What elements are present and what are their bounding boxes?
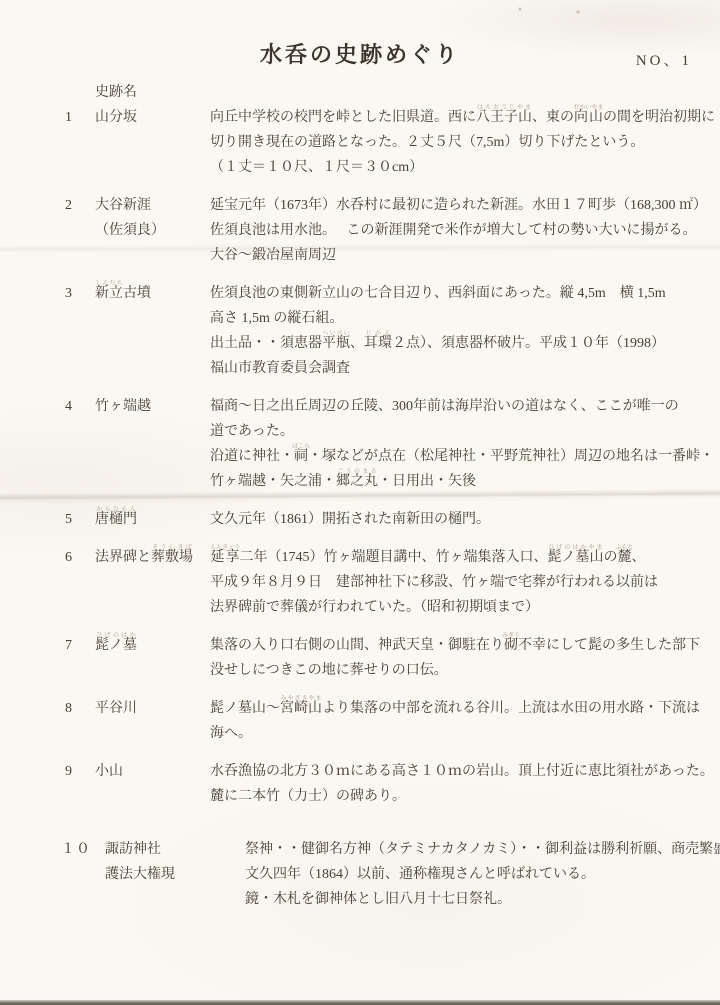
item-name: 法界碑と葬敷場そうしきば — [95, 545, 210, 570]
site-item: 1 山分坂 向丘中学校の校門を峠とした旧県道。西に八王子山はちおうじやま、東の向… — [65, 105, 720, 180]
description-line: （１丈＝１０尺、１尺＝３０cm） — [210, 155, 720, 180]
description-line: 髭ノ墓山～宮崎山みやざきやまより集落の中部を流れる谷川。上流は水田の用水路・下流… — [210, 696, 720, 721]
page-title: 水呑の史跡めぐり — [0, 40, 720, 70]
furigana-reading: ひげのはか — [95, 633, 137, 639]
description-line: 法界碑前で葬儀が行われていた。（昭和初期頃まで） — [210, 595, 720, 620]
site-item: 3 新立しんだち古墳 佐須良池の東側新立山の七合目辺り、西斜面にあった。縦 4,… — [65, 281, 720, 381]
item-name-column: 新立しんだち古墳 — [95, 281, 210, 306]
item-name: 山分坂 — [95, 105, 210, 130]
item-name-column: 髭ノ墓ひげのはか — [95, 633, 210, 658]
furigana-word: 祠ほこら — [294, 449, 308, 464]
site-item: 6 法界碑と葬敷場そうしきば 延享えんきょう二年（1745）竹ヶ端題目講中、竹ヶ… — [65, 545, 720, 620]
item-number: 8 — [65, 696, 95, 721]
description-line: 竹ヶ端越・矢之浦・郷之丸ごうのまる・日用出・矢後 — [210, 469, 720, 494]
item-number: 2 — [65, 193, 95, 218]
item-description: 延享えんきょう二年（1745）竹ヶ端題目講中、竹ヶ端集落入口、髭ノ墓山ひげのはか… — [210, 545, 720, 620]
description-line: 鏡・木札を御神体とし旧八月十七日祭礼。 — [245, 887, 720, 912]
furigana-word: 耳環じかん — [364, 336, 392, 351]
furigana-reading: みやざきやま — [280, 696, 322, 702]
description-line: 向丘中学校の校門を峠とした旧県道。西に八王子山はちおうじやま、東の向山むかいやま… — [210, 105, 720, 130]
document-header: 水呑の史跡めぐり NO、1 史跡名 — [0, 0, 720, 103]
site-item: 4 竹ヶ端越 福商～日之出丘周辺の丘陵、300年前は海岸沿いの道はなく、ここが唯… — [65, 394, 720, 494]
item-subname: 護法大権現 — [105, 862, 245, 887]
description-line: 福商～日之出丘周辺の丘陵、300年前は海岸沿いの道はなく、ここが唯一の — [210, 394, 720, 419]
item-name-column: 諏訪神社 護法大権現 — [105, 837, 245, 887]
item-description: 佐須良池の東側新立山の七合目辺り、西斜面にあった。縦 4,5m 横 1,5m高さ… — [210, 281, 720, 381]
description-line: 沿道に神社・祠ほこら・塚などが点在（松尾神社・平野荒神社）周辺の地名は一番峠・ — [210, 444, 720, 469]
item-name-column: 平谷川 — [95, 696, 210, 721]
description-line: 没せしにつきこの地に葬せりの口伝。 — [210, 658, 720, 683]
item-description: 水呑漁協の北方３０ｍにある高さ１０ｍの岩山。頂上付近に恵比須社があった。麓に二本… — [210, 759, 720, 809]
item-number: 7 — [65, 633, 95, 658]
item-number: 4 — [65, 394, 95, 419]
item-name: 竹ヶ端越 — [95, 394, 210, 419]
furigana-word: 唐樋門からひもん — [95, 512, 137, 527]
item-description: 文久元年（1861）開拓された南新田の樋門。 — [210, 507, 720, 532]
description-line: 切り開き現在の道路となった。２丈５尺（7,5m）切り下げたという。 — [210, 130, 720, 155]
description-line: 高さ 1,5m の縦石組。 — [210, 306, 720, 331]
site-list: 1 山分坂 向丘中学校の校門を峠とした旧県道。西に八王子山はちおうじやま、東の向… — [0, 105, 720, 912]
furigana-reading: からひもん — [95, 507, 137, 513]
item-subname: （佐須良） — [95, 218, 210, 243]
item-name: 平谷川 — [95, 696, 210, 721]
description-line: 文久四年（1864）以前、通称権現さんと呼ばれている。 — [245, 862, 720, 887]
item-description: 集落の入り口右側の山間、神武天皇・御駐在り砌みぎり不幸にして髭の多生した部下没せ… — [210, 633, 720, 683]
description-line: 文久元年（1861）開拓された南新田の樋門。 — [210, 507, 720, 532]
item-description: 祭神・・健御名方神（タテミナカタノカミ）・・御利益は勝利祈願、商売繁盛文久四年（… — [245, 837, 720, 912]
site-item: 9 小山 水呑漁協の北方３０ｍにある高さ１０ｍの岩山。頂上付近に恵比須社があった… — [65, 759, 720, 809]
item-number: １０ — [61, 837, 105, 862]
furigana-word: 八王子山はちおうじやま — [476, 110, 532, 125]
site-item: 7 髭ノ墓ひげのはか 集落の入り口右側の山間、神武天皇・御駐在り砌みぎり不幸にし… — [65, 633, 720, 683]
item-name: 小山 — [95, 759, 210, 784]
item-name-column: 法界碑と葬敷場そうしきば — [95, 545, 210, 570]
site-item: 8 平谷川 髭ノ墓山～宮崎山みやざきやまより集落の中部を流れる谷川。上流は水田の… — [65, 696, 720, 746]
description-line: 集落の入り口右側の山間、神武天皇・御駐在り砌みぎり不幸にして髭の多生した部下 — [210, 633, 720, 658]
page-number: NO、1 — [636, 49, 692, 70]
description-line: 佐須良池は用水池。 この新涯開発で米作が増大して村の勢い大いに揚がる。 — [210, 218, 720, 243]
description-line: 平成９年８月９日 建部神社下に移設、竹ヶ端で宅葬が行われる以前は — [210, 570, 720, 595]
furigana-reading: ふもと — [616, 545, 634, 551]
description-line: 延宝元年（1673年）水呑村に最初に造られた新涯。水田１７町歩（168,300 … — [210, 193, 720, 218]
scanned-document-page: 水呑の史跡めぐり NO、1 史跡名 1 山分坂 向丘中学校の校門を峠とした旧県道… — [0, 0, 720, 1005]
item-name-column: 小山 — [95, 759, 210, 784]
item-description: 福商～日之出丘周辺の丘陵、300年前は海岸沿いの道はなく、ここが唯一の道であった… — [210, 394, 720, 494]
furigana-word: 平瓶へいべい — [322, 336, 350, 351]
furigana-reading: しんだち — [95, 281, 123, 287]
furigana-reading: みぎり — [502, 633, 520, 639]
furigana-word: 延享えんきょう — [210, 550, 240, 565]
description-line: 水呑漁協の北方３０ｍにある高さ１０ｍの岩山。頂上付近に恵比須社があった。 — [210, 759, 720, 784]
item-number: 1 — [65, 105, 95, 130]
item-name: 新立しんだち古墳 — [95, 281, 210, 306]
description-line: 出土品・・須恵器平瓶へいべい、耳環じかん２点）、須恵器杯破片。平成１０年（199… — [210, 331, 720, 356]
furigana-word: 髭ノ墓山ひげのはかやま — [548, 550, 604, 565]
description-line: 大谷～鍛冶屋南周辺 — [210, 243, 720, 268]
column-header-site-name: 史跡名 — [95, 83, 720, 103]
site-item: 5 唐樋門からひもん 文久元年（1861）開拓された南新田の樋門。 — [65, 507, 720, 532]
furigana-reading: むかいやま — [574, 105, 604, 111]
furigana-word: 髭ノ墓ひげのはか — [95, 638, 137, 653]
description-line: 延享えんきょう二年（1745）竹ヶ端題目講中、竹ヶ端集落入口、髭ノ墓山ひげのはか… — [210, 545, 720, 570]
furigana-word: 郷之丸ごうのまる — [336, 474, 378, 489]
item-name: 諏訪神社 — [105, 837, 245, 862]
description-line: 佐須良池の東側新立山の七合目辺り、西斜面にあった。縦 4,5m 横 1,5m — [210, 281, 720, 306]
item-description: 向丘中学校の校門を峠とした旧県道。西に八王子山はちおうじやま、東の向山むかいやま… — [210, 105, 720, 180]
furigana-reading: そうしきば — [151, 545, 193, 551]
furigana-word: 葬敷場そうしきば — [151, 550, 193, 565]
furigana-reading: えんきょう — [210, 545, 240, 551]
furigana-word: 宮崎山みやざきやま — [280, 701, 322, 716]
furigana-reading: へいべい — [322, 331, 350, 337]
item-description: 延宝元年（1673年）水呑村に最初に造られた新涯。水田１７町歩（168,300 … — [210, 193, 720, 268]
site-item: １０ 諏訪神社 護法大権現 祭神・・健御名方神（タテミナカタノカミ）・・御利益は… — [65, 837, 720, 912]
description-line: 福山市教育委員会調査 — [210, 356, 720, 381]
furigana-reading: はちおうじやま — [476, 105, 532, 111]
item-name-column: 山分坂 — [95, 105, 210, 130]
item-name: 大谷新涯 — [95, 193, 210, 218]
item-name-column: 唐樋門からひもん — [95, 507, 210, 532]
furigana-word: 新立しんだち — [95, 286, 123, 301]
furigana-reading: ひげのはかやま — [548, 545, 604, 551]
description-line: 海へ。 — [210, 721, 720, 746]
item-description: 髭ノ墓山～宮崎山みやざきやまより集落の中部を流れる谷川。上流は水田の用水路・下流… — [210, 696, 720, 746]
item-name-column: 大谷新涯 （佐須良） — [95, 193, 210, 243]
description-line: 道であった。 — [210, 419, 720, 444]
furigana-reading: ほこら — [292, 444, 310, 450]
furigana-word: 麓ふもと — [618, 550, 632, 565]
description-line: 麓に二本竹（力士）の碑あり。 — [210, 784, 720, 809]
furigana-reading: ごうのまる — [336, 469, 378, 475]
site-item: 2 大谷新涯 （佐須良） 延宝元年（1673年）水呑村に最初に造られた新涯。水田… — [65, 193, 720, 268]
item-name: 唐樋門からひもん — [95, 507, 210, 532]
item-name: 髭ノ墓ひげのはか — [95, 633, 210, 658]
item-name-column: 竹ヶ端越 — [95, 394, 210, 419]
furigana-reading: じかん — [364, 331, 392, 337]
furigana-word: 砌みぎり — [504, 638, 518, 653]
description-line: 祭神・・健御名方神（タテミナカタノカミ）・・御利益は勝利祈願、商売繁盛 — [245, 837, 720, 862]
furigana-word: 向山むかいやま — [574, 110, 603, 125]
item-number: 9 — [65, 759, 95, 784]
item-number: 5 — [65, 507, 95, 532]
scan-edge-bottom — [0, 1000, 720, 1005]
item-number: 6 — [65, 545, 95, 570]
item-number: 3 — [65, 281, 95, 306]
